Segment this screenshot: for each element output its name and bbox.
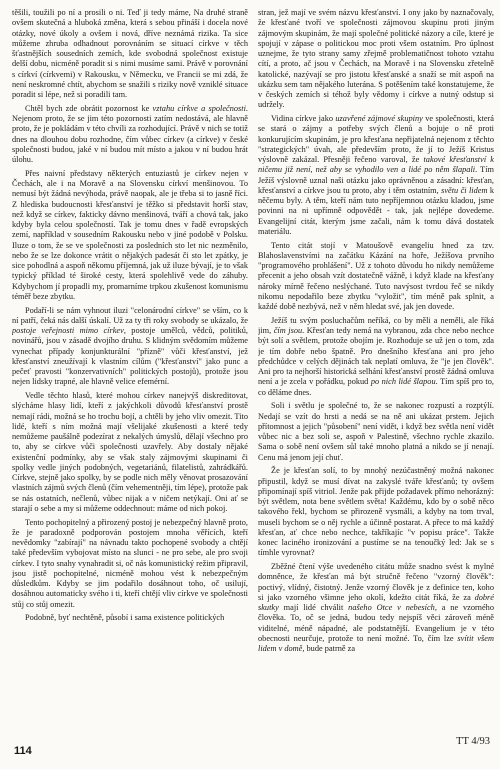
- text-run: Podobně, byť nechtěně, působí i sama exi…: [25, 613, 224, 622]
- text-run: , postoje umělců, vědců, politiků, novin…: [12, 326, 248, 386]
- text-run: vztahu církve a společnosti: [153, 104, 246, 113]
- text-run: mají lidé chválit: [279, 603, 348, 612]
- text-run: čím jsou: [274, 326, 302, 335]
- paragraph: Přes naivní představy některých entuzias…: [12, 169, 248, 302]
- text-run: Že je křesťan solí, to by mnohý nezúčast…: [258, 466, 494, 557]
- text-column-left: těšili, toužili po ní a prosili o ni. Te…: [12, 8, 248, 724]
- paragraph: Podaří-li se nám vyhnout iluzi "celonáro…: [12, 306, 248, 388]
- text-run: světu či lidem: [441, 186, 487, 195]
- paragraph: těšili, toužili po ní a prosili o ni. Te…: [12, 8, 248, 100]
- paragraph: Zběžné čtení výše uvedeného citátu může …: [258, 562, 494, 654]
- paragraph: Vidina církve jako uzavřené zájmové skup…: [258, 114, 494, 237]
- paragraph: stran, jež mají ve svém názvu křesťanstv…: [258, 8, 494, 111]
- paragraph: Tento citát stojí v Matoušově evangeliu …: [258, 241, 494, 313]
- text-run: Zběžné čtení výše uvedeného citátu může …: [258, 562, 494, 602]
- paragraph: Chtěl bych zde obrátit pozornost ke vzta…: [12, 104, 248, 166]
- paragraph: Ježíš tu svým posluchačům neříká, co by …: [258, 316, 494, 398]
- text-run: těšili, toužili po ní a prosili o ni. Te…: [12, 8, 248, 99]
- text-run: našeho Otce v nebesích: [348, 603, 435, 612]
- text-column-right: stran, jež mají ve svém názvu křesťanstv…: [258, 8, 494, 724]
- scanned-document-page: těšili, toužili po ní a prosili o ni. Te…: [0, 0, 500, 769]
- text-run: Přes naivní představy některých entuzias…: [12, 169, 248, 301]
- text-run: Vidina církve jako: [271, 114, 335, 123]
- text-run: , bude patrně za: [302, 644, 355, 653]
- journal-issue-label: TT 4/93: [456, 736, 490, 747]
- paragraph: Tento pochopitelný a přirozený postoj je…: [12, 518, 248, 610]
- paragraph: Soli i světlu je společné to, že se nako…: [258, 401, 494, 463]
- text-run: po nich lidé šlapou: [371, 377, 436, 386]
- page-number: 114: [14, 745, 32, 757]
- text-run: Soli i světlu je společné to, že se nako…: [258, 401, 494, 461]
- text-run: Tento citát stojí v Matoušově evangeliu …: [258, 241, 494, 312]
- text-run: Vedle těchto hlasů, které mohou církev n…: [12, 391, 248, 513]
- paragraph: Že je křesťan solí, to by mnohý nezúčast…: [258, 466, 494, 558]
- text-run: stran, jež mají ve svém názvu křesťanstv…: [258, 8, 494, 109]
- text-columns: těšili, toužili po ní a prosili o ni. Te…: [12, 8, 494, 724]
- paragraph: Vedle těchto hlasů, které mohou církev n…: [12, 391, 248, 514]
- text-run: Podaří-li se nám vyhnout iluzi "celonáro…: [12, 306, 248, 325]
- text-run: uzavřené zájmové skupiny: [335, 114, 422, 123]
- text-run: Tento pochopitelný a přirozený postoj je…: [12, 518, 248, 609]
- text-run: postoje veřejnosti mimo církev: [12, 326, 124, 335]
- paragraph: Podobně, byť nechtěně, působí i sama exi…: [12, 613, 248, 623]
- text-run: Chtěl bych zde obrátit pozornost ke: [25, 104, 153, 113]
